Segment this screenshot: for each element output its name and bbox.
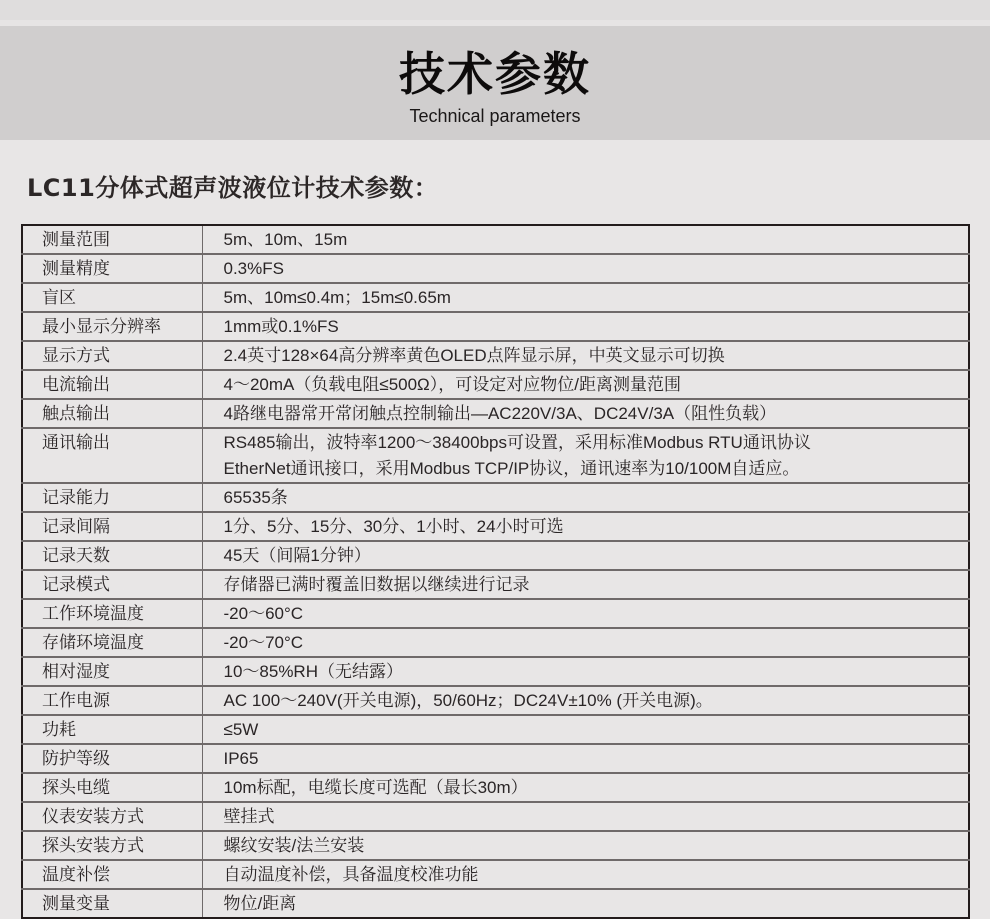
param-value: 1mm或0.1%FS [202, 312, 969, 341]
param-label: 测量范围 [22, 225, 202, 254]
param-value: RS485输出，波特率1200～38400bps可设置，采用标准Modbus R… [202, 428, 969, 483]
param-value-line: 自动温度补偿，具备温度校准功能 [224, 862, 969, 888]
param-value-line: AC 100～240V(开关电源)，50/60Hz；DC24V±10% (开关电… [224, 688, 969, 714]
param-value-line: 1mm或0.1%FS [224, 314, 969, 340]
param-value-line: 10m标配，电缆长度可选配（最长30m） [224, 775, 969, 801]
param-label: 测量变量 [22, 889, 202, 906]
param-label: 工作电源 [22, 686, 202, 715]
table-row: 测量变量物位/距离 [22, 889, 969, 906]
top-strip [0, 0, 990, 20]
spec-table: 测量范围5m、10m、15m测量精度0.3%FS盲区5m、10m≤0.4m；15… [21, 224, 970, 906]
param-label: 工作环境温度 [22, 599, 202, 628]
section-title: LC11分体式超声波液位计技术参数： [27, 172, 438, 204]
param-value-line: 4～20mA（负载电阻≤500Ω），可设定对应物位/距离测量范围 [224, 372, 969, 398]
param-value-line: 65535条 [224, 485, 969, 511]
param-label: 记录间隔 [22, 512, 202, 541]
table-row: 存储环境温度-20～70°C [22, 628, 969, 657]
param-label: 电流输出 [22, 370, 202, 399]
table-row: 记录模式存储器已满时覆盖旧数据以继续进行记录 [22, 570, 969, 599]
param-label: 仪表安装方式 [22, 802, 202, 831]
table-row: 仪表安装方式壁挂式 [22, 802, 969, 831]
param-value-line: IP65 [224, 746, 969, 772]
param-value-line: -20～60°C [224, 601, 969, 627]
param-value: 0.3%FS [202, 254, 969, 283]
param-value: 物位/距离 [202, 889, 969, 906]
table-row: 记录能力65535条 [22, 483, 969, 512]
param-value-line: 1分、5分、15分、30分、1小时、24小时可选 [224, 514, 969, 540]
param-label: 最小显示分辨率 [22, 312, 202, 341]
param-value-line: -20～70°C [224, 630, 969, 656]
param-value: 45天（间隔1分钟） [202, 541, 969, 570]
param-value: 5m、10m≤0.4m；15m≤0.65m [202, 283, 969, 312]
param-value: 存储器已满时覆盖旧数据以继续进行记录 [202, 570, 969, 599]
param-value: ≤5W [202, 715, 969, 744]
param-value: IP65 [202, 744, 969, 773]
param-label: 触点输出 [22, 399, 202, 428]
param-value: 1分、5分、15分、30分、1小时、24小时可选 [202, 512, 969, 541]
page-title: 技术参数 [0, 48, 990, 100]
table-row: 探头安装方式螺纹安装/法兰安装 [22, 831, 969, 860]
param-value: 10～85%RH（无结露） [202, 657, 969, 686]
param-value: 4路继电器常开常闭触点控制输出—AC220V/3A、DC24V/3A（阻性负载） [202, 399, 969, 428]
param-label: 探头电缆 [22, 773, 202, 802]
param-label: 防护等级 [22, 744, 202, 773]
param-value-line: 10～85%RH（无结露） [224, 659, 969, 685]
spec-table-body: 测量范围5m、10m、15m测量精度0.3%FS盲区5m、10m≤0.4m；15… [22, 225, 969, 906]
table-row: 测量精度0.3%FS [22, 254, 969, 283]
table-row: 工作电源AC 100～240V(开关电源)，50/60Hz；DC24V±10% … [22, 686, 969, 715]
param-label: 记录能力 [22, 483, 202, 512]
param-value: 4～20mA（负载电阻≤500Ω），可设定对应物位/距离测量范围 [202, 370, 969, 399]
table-row: 记录天数45天（间隔1分钟） [22, 541, 969, 570]
param-value: AC 100～240V(开关电源)，50/60Hz；DC24V±10% (开关电… [202, 686, 969, 715]
param-label: 显示方式 [22, 341, 202, 370]
param-value-line: 存储器已满时覆盖旧数据以继续进行记录 [224, 572, 969, 598]
param-value-line: EtherNet通讯接口，采用Modbus TCP/IP协议，通讯速率为10/1… [224, 456, 969, 482]
param-label: 记录模式 [22, 570, 202, 599]
param-value-line: 0.3%FS [224, 256, 969, 282]
param-value: 10m标配，电缆长度可选配（最长30m） [202, 773, 969, 802]
table-row: 电流输出4～20mA（负载电阻≤500Ω），可设定对应物位/距离测量范围 [22, 370, 969, 399]
table-row: 相对湿度10～85%RH（无结露） [22, 657, 969, 686]
page-subtitle: Technical parameters [0, 105, 990, 127]
param-label: 记录天数 [22, 541, 202, 570]
param-value: 5m、10m、15m [202, 225, 969, 254]
table-row: 探头电缆10m标配，电缆长度可选配（最长30m） [22, 773, 969, 802]
table-row: 盲区5m、10m≤0.4m；15m≤0.65m [22, 283, 969, 312]
table-row: 记录间隔1分、5分、15分、30分、1小时、24小时可选 [22, 512, 969, 541]
param-value-line: 螺纹安装/法兰安装 [224, 833, 969, 859]
table-row: 显示方式2.4英寸128×64高分辨率黄色OLED点阵显示屏，中英文显示可切换 [22, 341, 969, 370]
param-value: 螺纹安装/法兰安装 [202, 831, 969, 860]
param-value-line: ≤5W [224, 717, 969, 743]
table-row: 功耗≤5W [22, 715, 969, 744]
param-value: 65535条 [202, 483, 969, 512]
param-value: -20～70°C [202, 628, 969, 657]
param-value-line: 45天（间隔1分钟） [224, 543, 969, 569]
table-row: 工作环境温度-20～60°C [22, 599, 969, 628]
table-row: 通讯输出RS485输出，波特率1200～38400bps可设置，采用标准Modb… [22, 428, 969, 483]
param-label: 探头安装方式 [22, 831, 202, 860]
param-label: 温度补偿 [22, 860, 202, 889]
param-value: -20～60°C [202, 599, 969, 628]
param-label: 盲区 [22, 283, 202, 312]
param-value-line: 5m、10m≤0.4m；15m≤0.65m [224, 285, 969, 311]
table-row: 触点输出4路继电器常开常闭触点控制输出—AC220V/3A、DC24V/3A（阻… [22, 399, 969, 428]
param-value: 壁挂式 [202, 802, 969, 831]
param-value-line: 5m、10m、15m [224, 227, 969, 253]
param-value: 2.4英寸128×64高分辨率黄色OLED点阵显示屏，中英文显示可切换 [202, 341, 969, 370]
table-row: 测量范围5m、10m、15m [22, 225, 969, 254]
param-value-line: 壁挂式 [224, 804, 969, 830]
param-label: 存储环境温度 [22, 628, 202, 657]
param-value-line: RS485输出，波特率1200～38400bps可设置，采用标准Modbus R… [224, 430, 969, 456]
param-label: 相对湿度 [22, 657, 202, 686]
param-value: 自动温度补偿，具备温度校准功能 [202, 860, 969, 889]
param-value-line: 物位/距离 [224, 891, 969, 906]
param-label: 通讯输出 [22, 428, 202, 483]
param-value-line: 4路继电器常开常闭触点控制输出—AC220V/3A、DC24V/3A（阻性负载） [224, 401, 969, 427]
table-row: 最小显示分辨率1mm或0.1%FS [22, 312, 969, 341]
table-row: 温度补偿自动温度补偿，具备温度校准功能 [22, 860, 969, 889]
param-label: 测量精度 [22, 254, 202, 283]
param-value-line: 2.4英寸128×64高分辨率黄色OLED点阵显示屏，中英文显示可切换 [224, 343, 969, 369]
param-label: 功耗 [22, 715, 202, 744]
table-row: 防护等级IP65 [22, 744, 969, 773]
